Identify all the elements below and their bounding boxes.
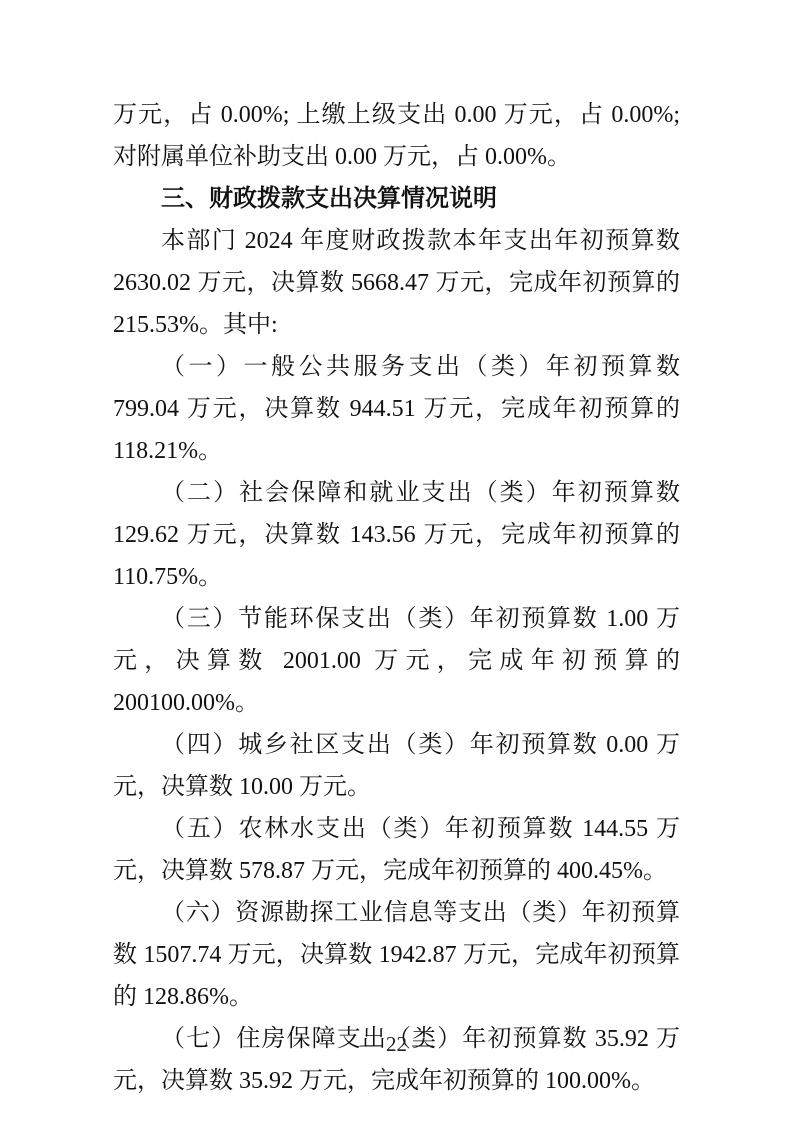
body-paragraph: （七）住房保障支出（类）年初预算数 35.92 万元，决算数 35.92 万元，… [113, 1018, 680, 1102]
body-paragraph: 本部门 2024 年度财政拨款本年支出年初预算数 2630.02 万元，决算数 … [113, 220, 680, 346]
body-paragraph: （四）城乡社区支出（类）年初预算数 0.00 万元，决算数 10.00 万元。 [113, 724, 680, 808]
body-paragraph: 万元，占 0.00%; 上缴上级支出 0.00 万元，占 0.00%; 对附属单… [113, 94, 680, 178]
body-paragraph: （五）农林水支出（类）年初预算数 144.55 万元，决算数 578.87 万元… [113, 808, 680, 892]
section-heading: 三、财政拨款支出决算情况说明 [113, 178, 680, 220]
page-footer: — 22 — [0, 1032, 793, 1057]
body-paragraph: （六）资源勘探工业信息等支出（类）年初预算数 1507.74 万元，决算数 19… [113, 892, 680, 1018]
body-paragraph: （一）一般公共服务支出（类）年初预算数 799.04 万元，决算数 944.51… [113, 346, 680, 472]
body-paragraph: （二）社会保障和就业支出（类）年初预算数 129.62 万元，决算数 143.5… [113, 472, 680, 598]
document-page: 万元，占 0.00%; 上缴上级支出 0.00 万元，占 0.00%; 对附属单… [0, 0, 793, 1122]
body-paragraph: （三）节能环保支出（类）年初预算数 1.00 万元，决算数 2001.00 万元… [113, 598, 680, 724]
page-number: — 22 — [360, 1032, 434, 1056]
document-body: 万元，占 0.00%; 上缴上级支出 0.00 万元，占 0.00%; 对附属单… [113, 94, 680, 1102]
